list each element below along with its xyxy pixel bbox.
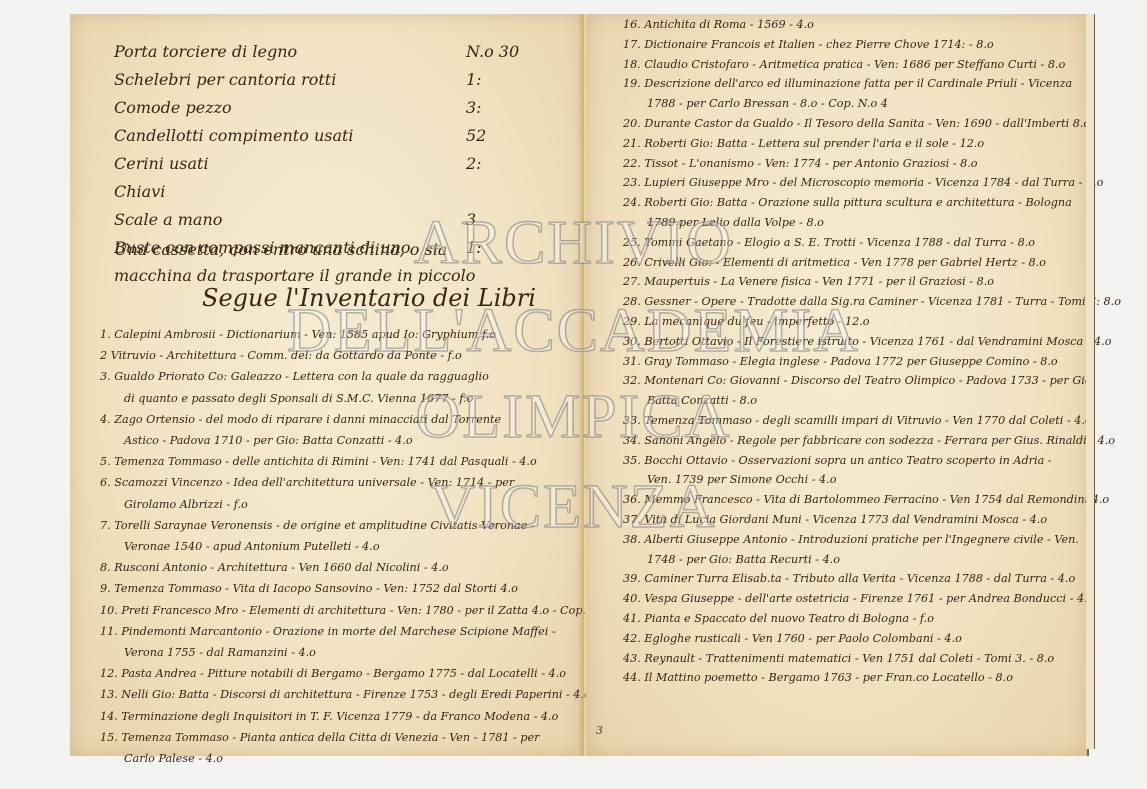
- book-text: Crivelli Gio: - Elementi di aritmetica -…: [644, 256, 1046, 269]
- item-label: Porta torciere di legno: [114, 42, 297, 61]
- inventory-item: macchina da trasportare il grande in pic…: [114, 266, 534, 285]
- book-text-cont: 1788 - per Carlo Bressan - 8.o - Cop. N.…: [647, 97, 888, 110]
- inventory-item: Candellotti compimento usati52: [114, 126, 534, 145]
- inventory-item: Comode pezzo3:: [114, 98, 534, 117]
- book-number: 6.: [100, 476, 111, 489]
- book-text: Roberti Gio: Batta - Orazione sulla pitt…: [644, 196, 1071, 209]
- book-text: Temenza Tommaso - Vita di Iacopo Sansovi…: [114, 582, 518, 595]
- item-label: Cerini usati: [114, 154, 209, 173]
- book-text: Descrizione dell'arco ed illuminazione f…: [644, 77, 1072, 90]
- book-text: Scamozzi Vincenzo - Idea dell'architettu…: [114, 476, 514, 489]
- book-number: 36.: [623, 493, 641, 506]
- book-number: 1.: [100, 328, 111, 341]
- book-number: 30.: [623, 335, 641, 348]
- book-entry: 43. Reynault - Trattenimenti matematici …: [623, 652, 1054, 665]
- book-number: 18.: [623, 58, 641, 71]
- book-text: Maupertuis - La Venere fisica - Ven 1771…: [644, 275, 994, 288]
- item-label: Candellotti compimento usati: [114, 126, 354, 145]
- book-number: 32.: [623, 374, 641, 387]
- book-text: Il Mattino poemetto - Bergamo 1763 - per…: [644, 671, 1013, 684]
- inventory-item: Chiavi: [114, 182, 534, 201]
- book-text: Temenza Tommaso - Pianta antica della Ci…: [121, 731, 539, 744]
- book-text: Temenza Tommaso - delle antichita di Rim…: [114, 455, 536, 468]
- book-text: Bocchi Ottavio - Osservazioni sopra un a…: [644, 454, 1051, 467]
- book-entry: 29. La mecanique du feu - imperfetto - 1…: [623, 315, 870, 328]
- book-number: 40.: [623, 592, 641, 605]
- book-number: 39.: [623, 572, 641, 585]
- book-entry: 4. Zago Ortensio - del modo di riparare …: [100, 413, 501, 426]
- book-entry: 17. Dictionaire Francois et Italien - ch…: [623, 38, 994, 51]
- book-number: 14.: [100, 710, 118, 723]
- inventory-item: Scale a mano3: [114, 210, 534, 229]
- book-text-cont: 1789 per Lelio dalla Volpe - 8.o: [647, 216, 824, 229]
- item-quantity: N.o 30: [466, 42, 519, 61]
- book-text-cont: Veronae 1540 - apud Antonium Putelleti -…: [124, 540, 380, 553]
- book-entry: 5. Temenza Tommaso - delle antichita di …: [100, 455, 537, 468]
- book-text-cont: di quanto e passato degli Sponsali di S.…: [124, 392, 473, 405]
- item-label: Chiavi: [114, 182, 165, 201]
- book-number: 43.: [623, 652, 641, 665]
- book-entry: 2 Vitruvio - Architettura - Comm. del: d…: [100, 349, 462, 362]
- book-text: Gray Tommaso - Elegia inglese - Padova 1…: [644, 355, 1057, 368]
- book-text: Torelli Saraynae Veronensis - de origine…: [114, 519, 534, 532]
- book-entry-continuation: Ven. 1739 per Simone Occhi - 4.o: [647, 473, 836, 486]
- book-number: 29.: [623, 315, 641, 328]
- item-quantity: 52: [466, 126, 486, 145]
- book-entry: 23. Lupieri Giuseppe Mro - del Microscop…: [623, 176, 1103, 189]
- book-number: 9.: [100, 582, 111, 595]
- book-text: Nelli Gio: Batta - Discorsi di architett…: [121, 688, 590, 701]
- book-number: 35.: [623, 454, 641, 467]
- book-entry: 37. Vita di Lucia Giordani Muni - Vicenz…: [623, 513, 1047, 526]
- item-label: Comode pezzo: [114, 98, 232, 117]
- book-text-cont: Girolamo Albrizzi - f.o: [124, 498, 248, 511]
- book-text: Caminer Turra Elisab.ta - Tributo alla V…: [644, 572, 1075, 585]
- manuscript-spread: Porta torciere di legnoN.o 30Schelebri p…: [70, 14, 1092, 756]
- book-entry-continuation: Batta Conzatti - 8.o: [647, 394, 757, 407]
- book-entry: 30. Bertotti Ottavio - Il Forestiere ist…: [623, 335, 1111, 348]
- book-number: 42.: [623, 632, 641, 645]
- book-text-cont: Batta Conzatti - 8.o: [647, 394, 757, 407]
- book-number: 27.: [623, 275, 641, 288]
- book-text-cont: Verona 1755 - dal Ramanzini - 4.o: [124, 646, 316, 659]
- book-number: 37.: [623, 513, 641, 526]
- book-text: Alberti Giuseppe Antonio - Introduzioni …: [644, 533, 1078, 546]
- book-text: Reynault - Trattenimenti matematici - Ve…: [644, 652, 1054, 665]
- book-entry: 40. Vespa Giuseppe - dell'arte ostetrici…: [623, 592, 1094, 605]
- inventory-item: Una cassetta, con entro una schina, o si…: [114, 240, 534, 259]
- book-entry: 11. Pindemonti Marcantonio - Orazione in…: [100, 625, 556, 638]
- book-number: 31.: [623, 355, 641, 368]
- book-number: 44.: [623, 671, 641, 684]
- inventory-item: Cerini usati2:: [114, 154, 534, 173]
- book-entry: 10. Preti Francesco Mro - Elementi di ar…: [100, 604, 620, 617]
- book-entry: 44. Il Mattino poemetto - Bergamo 1763 -…: [623, 671, 1013, 684]
- book-entry: 19. Descrizione dell'arco ed illuminazio…: [623, 77, 1072, 90]
- book-entry: 14. Terminazione degli Inquisitori in T.…: [100, 710, 558, 723]
- book-number: 38.: [623, 533, 641, 546]
- book-entry: 38. Alberti Giuseppe Antonio - Introduzi…: [623, 533, 1079, 546]
- book-text: Egloghe rusticali - Ven 1760 - per Paolo…: [644, 632, 961, 645]
- book-entry: 31. Gray Tommaso - Elegia inglese - Pado…: [623, 355, 1058, 368]
- book-text: Rusconi Antonio - Architettura - Ven 166…: [114, 561, 448, 574]
- book-text: Preti Francesco Mro - Elementi di archit…: [121, 604, 619, 617]
- book-text: Roberti Gio: Batta - Lettera sul prender…: [644, 137, 984, 150]
- book-number: 5.: [100, 455, 111, 468]
- book-text: Vita di Lucia Giordani Muni - Vicenza 17…: [644, 513, 1047, 526]
- book-text: Tommi Gaetano - Elogio a S. E. Trotti - …: [644, 236, 1035, 249]
- book-number: 20.: [623, 117, 641, 130]
- book-number: 22.: [623, 157, 641, 170]
- book-text: Dictionaire Francois et Italien - chez P…: [644, 38, 993, 51]
- book-number: 3.: [100, 370, 111, 383]
- book-entry-continuation: 1788 - per Carlo Bressan - 8.o - Cop. N.…: [647, 97, 888, 110]
- right-page: 16. Antichita di Roma - 1569 - 4.o17. Di…: [586, 14, 1089, 756]
- book-entry-continuation: Carlo Palese - 4.o: [124, 752, 223, 765]
- page-edge-flap: [1086, 14, 1095, 749]
- book-entry: 22. Tissot - L'onanismo - Ven: 1774 - pe…: [623, 157, 978, 170]
- book-number: 21.: [623, 137, 641, 150]
- book-entry: 28. Gessner - Opere - Tradotte dalla Sig…: [623, 295, 1121, 308]
- book-number: 24.: [623, 196, 641, 209]
- book-text: Montenari Co: Giovanni - Discorso del Te…: [644, 374, 1095, 387]
- book-text: Vitruvio - Architettura - Comm. del: da …: [111, 349, 462, 362]
- section-heading: Segue l'Inventario dei Libri: [202, 284, 536, 312]
- book-number: 41.: [623, 612, 641, 625]
- book-entry-continuation: Verona 1755 - dal Ramanzini - 4.o: [124, 646, 316, 659]
- item-quantity: 2:: [466, 154, 482, 173]
- book-entry: 16. Antichita di Roma - 1569 - 4.o: [623, 18, 814, 31]
- item-label: macchina da trasportare il grande in pic…: [114, 266, 475, 285]
- book-entry: 12. Pasta Andrea - Pitture notabili di B…: [100, 667, 566, 680]
- book-number: 17.: [623, 38, 641, 51]
- book-entry-continuation: Astico - Padova 1710 - per Gio: Batta Co…: [124, 434, 413, 447]
- book-text-cont: 1748 - per Gio: Batta Recurti - 4.o: [647, 553, 840, 566]
- book-entry: 7. Torelli Saraynae Veronensis - de orig…: [100, 519, 535, 532]
- book-text: Vespa Giuseppe - dell'arte ostetricia - …: [644, 592, 1094, 605]
- book-entry: 1. Calepini Ambrosii - Dictionarium - Ve…: [100, 328, 496, 341]
- book-text: La mecanique du feu - imperfetto - 12.o: [644, 315, 869, 328]
- item-label: Una cassetta, con entro una schina, o si…: [114, 240, 447, 259]
- item-quantity: 3: [466, 210, 476, 229]
- book-number: 13.: [100, 688, 118, 701]
- book-text: Pianta e Spaccato del nuovo Teatro di Bo…: [644, 612, 934, 625]
- book-text: Zago Ortensio - del modo di riparare i d…: [114, 413, 501, 426]
- book-number: 7.: [100, 519, 111, 532]
- book-entry-continuation: Veronae 1540 - apud Antonium Putelleti -…: [124, 540, 380, 553]
- book-text: Gessner - Opere - Tradotte dalla Sig.ra …: [644, 295, 1121, 308]
- item-quantity: 3:: [466, 98, 482, 117]
- book-text: Gualdo Priorato Co: Galeazzo - Lettera c…: [114, 370, 489, 383]
- book-entry: 18. Claudio Cristofaro - Aritmetica prat…: [623, 58, 1065, 71]
- item-label: Schelebri per cantoria rotti: [114, 70, 336, 89]
- book-text: Claudio Cristofaro - Aritmetica pratica …: [644, 58, 1065, 71]
- book-text: Terminazione degli Inquisitori in T. F. …: [121, 710, 558, 723]
- book-entry: 34. Sanoni Angelo - Regole per fabbricar…: [623, 434, 1115, 447]
- book-entry-continuation: 1748 - per Gio: Batta Recurti - 4.o: [647, 553, 840, 566]
- book-text: Pindemonti Marcantonio - Orazione in mor…: [121, 625, 555, 638]
- book-entry: 42. Egloghe rusticali - Ven 1760 - per P…: [623, 632, 962, 645]
- book-entry: 21. Roberti Gio: Batta - Lettera sul pre…: [623, 137, 984, 150]
- book-number: 28.: [623, 295, 641, 308]
- book-text: Bertotti Ottavio - Il Forestiere istruit…: [644, 335, 1111, 348]
- book-entry: 41. Pianta e Spaccato del nuovo Teatro d…: [623, 612, 934, 625]
- book-number: 19.: [623, 77, 641, 90]
- book-entry: 27. Maupertuis - La Venere fisica - Ven …: [623, 275, 994, 288]
- book-text: Memmo Francesco - Vita di Bartolommeo Fe…: [644, 493, 1109, 506]
- book-text-cont: Carlo Palese - 4.o: [124, 752, 223, 765]
- book-entry: 8. Rusconi Antonio - Architettura - Ven …: [100, 561, 449, 574]
- book-number: 33.: [623, 414, 641, 427]
- item-quantity: 1:: [466, 70, 482, 89]
- book-entry: 15. Temenza Tommaso - Pianta antica dell…: [100, 731, 539, 744]
- book-entry-continuation: Girolamo Albrizzi - f.o: [124, 498, 248, 511]
- book-number: 12.: [100, 667, 118, 680]
- book-text: Sanoni Angelo - Regole per fabbricare co…: [644, 434, 1115, 447]
- book-text: Temenza Tommaso - degli scamilli impari …: [644, 414, 1091, 427]
- item-label: Scale a mano: [114, 210, 222, 229]
- book-entry: 9. Temenza Tommaso - Vita di Iacopo Sans…: [100, 582, 518, 595]
- book-entry: 36. Memmo Francesco - Vita di Bartolomme…: [623, 493, 1109, 506]
- book-entry: 26. Crivelli Gio: - Elementi di aritmeti…: [623, 256, 1046, 269]
- book-number: 15.: [100, 731, 118, 744]
- book-number: 8.: [100, 561, 111, 574]
- book-entry: 13. Nelli Gio: Batta - Discorsi di archi…: [100, 688, 591, 701]
- book-number: 25.: [623, 236, 641, 249]
- book-text: Calepini Ambrosii - Dictionarium - Ven: …: [114, 328, 496, 341]
- book-entry: 32. Montenari Co: Giovanni - Discorso de…: [623, 374, 1095, 387]
- book-entry: 33. Temenza Tommaso - degli scamilli imp…: [623, 414, 1092, 427]
- book-entry: 20. Durante Castor da Gualdo - Il Tesoro…: [623, 117, 1090, 130]
- book-text: Antichita di Roma - 1569 - 4.o: [644, 18, 814, 31]
- book-text: Durante Castor da Gualdo - Il Tesoro del…: [644, 117, 1090, 130]
- book-text: Pasta Andrea - Pitture notabili di Berga…: [121, 667, 566, 680]
- book-entry: 24. Roberti Gio: Batta - Orazione sulla …: [623, 196, 1072, 209]
- page-number: 3: [596, 724, 603, 737]
- left-page: Porta torciere di legnoN.o 30Schelebri p…: [70, 14, 584, 756]
- book-entry: 35. Bocchi Ottavio - Osservazioni sopra …: [623, 454, 1052, 467]
- book-entry: 39. Caminer Turra Elisab.ta - Tributo al…: [623, 572, 1075, 585]
- book-text-cont: Astico - Padova 1710 - per Gio: Batta Co…: [124, 434, 413, 447]
- book-text-cont: Ven. 1739 per Simone Occhi - 4.o: [647, 473, 836, 486]
- book-entry-continuation: di quanto e passato degli Sponsali di S.…: [124, 392, 473, 405]
- book-number: 11.: [100, 625, 118, 638]
- book-entry: 25. Tommi Gaetano - Elogio a S. E. Trott…: [623, 236, 1035, 249]
- book-entry: 3. Gualdo Priorato Co: Galeazzo - Letter…: [100, 370, 489, 383]
- book-number: 2: [100, 349, 107, 362]
- book-number: 4.: [100, 413, 111, 426]
- inventory-item: Porta torciere di legnoN.o 30: [114, 42, 534, 61]
- book-number: 26.: [623, 256, 641, 269]
- book-entry-continuation: 1789 per Lelio dalla Volpe - 8.o: [647, 216, 824, 229]
- inventory-item: Schelebri per cantoria rotti1:: [114, 70, 534, 89]
- book-entry: 6. Scamozzi Vincenzo - Idea dell'archite…: [100, 476, 514, 489]
- book-number: 23.: [623, 176, 641, 189]
- book-number: 10.: [100, 604, 118, 617]
- book-number: 16.: [623, 18, 641, 31]
- book-number: 34.: [623, 434, 641, 447]
- book-text: Lupieri Giuseppe Mro - del Microscopio m…: [644, 176, 1103, 189]
- book-text: Tissot - L'onanismo - Ven: 1774 - per An…: [644, 157, 977, 170]
